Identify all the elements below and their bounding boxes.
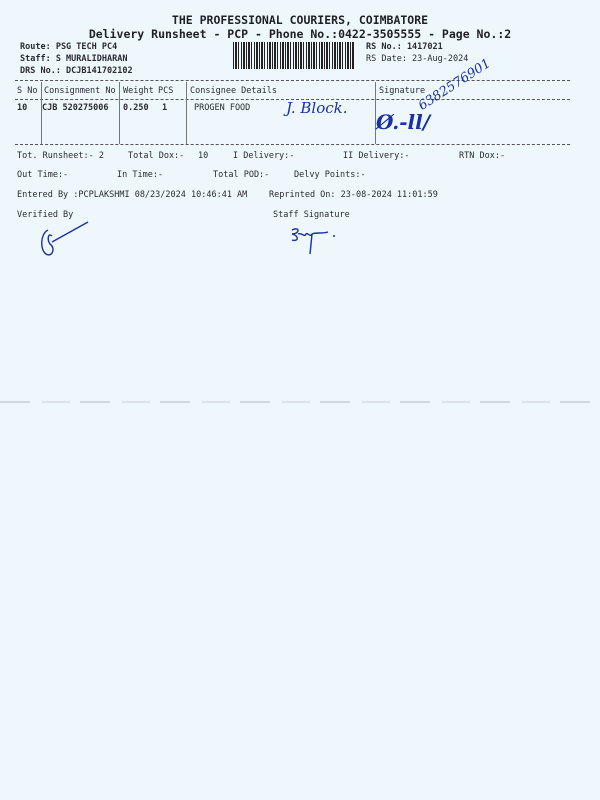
handwritten-block-note: J. Block. <box>286 99 348 117</box>
rtn-dox: RTN Dox:- <box>459 151 505 161</box>
vline <box>41 82 42 144</box>
ii-delivery: II Delivery:- <box>343 151 410 161</box>
cell-pcs: 1 <box>162 103 167 113</box>
tot-runsheet: Tot. Runsheet:- 2 <box>17 151 104 161</box>
total-dox: Total Dox:- <box>128 151 184 161</box>
col-consignment-no: Consignment No <box>44 86 116 96</box>
reprinted-on: Reprinted On: 23-08-2024 11:01:59 <box>269 190 438 200</box>
handwritten-phone: 6382576901 <box>416 56 494 114</box>
i-delivery: I Delivery:- <box>233 151 294 161</box>
handwritten-signature: Ø.-ll/ <box>376 110 430 134</box>
verified-signature-icon <box>38 220 93 262</box>
staff-signature-icon <box>288 224 338 258</box>
col-signature: Signature <box>379 86 425 96</box>
total-dox-value: 10 <box>198 151 208 161</box>
vline <box>119 82 120 144</box>
verified-by-label: Verified By <box>17 210 73 220</box>
in-time: In Time:- <box>117 170 163 180</box>
cell-weight: 0.250 <box>123 103 149 113</box>
col-pcs: PCS <box>158 86 173 96</box>
staff-label: Staff: S MURALIDHARAN <box>20 54 127 64</box>
out-time: Out Time:- <box>17 170 68 180</box>
delvy-points: Delvy Points:- <box>294 170 366 180</box>
staff-signature-label: Staff Signature <box>273 210 350 220</box>
rs-number: RS No.: 1417021 <box>366 42 443 52</box>
entered-by: Entered By :PCPLAKSHMI 08/23/2024 10:46:… <box>17 190 247 200</box>
scan-fold-line <box>0 401 600 403</box>
divider <box>15 80 570 81</box>
vline <box>186 82 187 144</box>
company-title: THE PROFESSIONAL COURIERS, COIMBATORE <box>0 13 600 27</box>
drs-number: DRS No.: DCJB141702102 <box>20 66 133 76</box>
cell-consignee: PROGEN FOOD <box>194 103 250 113</box>
col-weight: Weight <box>123 86 154 96</box>
cell-s-no: 10 <box>17 103 27 113</box>
col-s-no: S No <box>17 86 37 96</box>
barcode <box>233 42 355 69</box>
rs-date: RS Date: 23-Aug-2024 <box>366 54 468 64</box>
route-label: Route: PSG TECH PC4 <box>20 42 117 52</box>
cell-consignment-no: CJB 520275006 <box>42 103 109 113</box>
col-consignee-details: Consignee Details <box>190 86 277 96</box>
divider <box>15 144 570 145</box>
total-pod: Total POD:- <box>213 170 269 180</box>
runsheet-subtitle: Delivery Runsheet - PCP - Phone No.:0422… <box>0 27 600 41</box>
